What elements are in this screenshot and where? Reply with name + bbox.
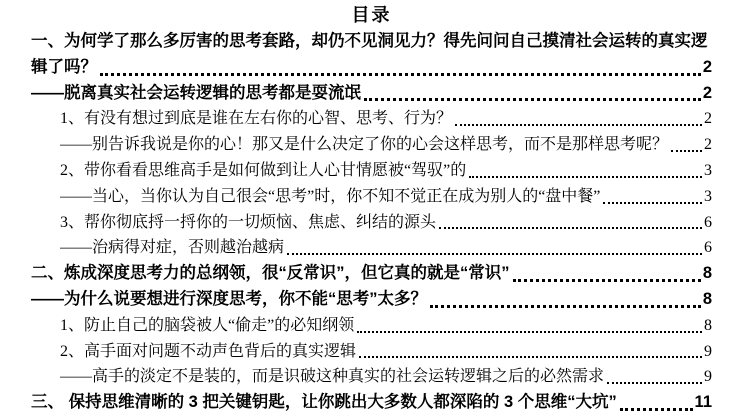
toc-entry-line[interactable]: 三、 保持思维清晰的 3 把关键钥匙，让你跳出大多数人都深陷的 3 个思维“大坑… bbox=[31, 390, 712, 416]
toc-entry-line[interactable]: 1、有没有想过到底是谁在左右你的心智、思考、行为？2 bbox=[31, 106, 712, 132]
dot-leader bbox=[100, 73, 701, 76]
dot-leader bbox=[513, 279, 701, 282]
page-number: 9 bbox=[704, 339, 712, 365]
page-number: 2 bbox=[704, 132, 712, 158]
page-number: 11 bbox=[695, 390, 712, 416]
toc-entry-text: ——别告诉我说是你的心！那又是什么决定了你的心会这样思考，而不是那样思考呢？ bbox=[60, 132, 668, 158]
toc-entry-line[interactable]: 3、帮你彻底捋一捋你的一切烦恼、焦虑、纠结的源头6 bbox=[31, 210, 712, 236]
toc-entry-line[interactable]: ——高手的淡定不是装的，而是识破这种真实的社会运转逻辑之后的必然需求9 bbox=[31, 364, 712, 390]
dot-leader bbox=[364, 98, 701, 101]
dot-leader bbox=[357, 331, 702, 333]
toc-list: 一、为何学了那么多厉害的思考套路，却仍不见洞见力？得先问问自己摸清社会运转的真实… bbox=[31, 29, 712, 416]
toc-entry-line[interactable]: ——为什么说要想进行深度思考，你不能“思考”太多？8 bbox=[31, 287, 712, 313]
toc-entry-text: ——为什么说要想进行深度思考，你不能“思考”太多？ bbox=[31, 287, 427, 313]
page-number: 8 bbox=[704, 313, 712, 339]
toc-entry-text: 一、为何学了那么多厉害的思考套路，却仍不见洞见力？得先问问自己摸清社会运转的真实… bbox=[31, 29, 708, 55]
toc-entry-line[interactable]: 2、带你看看思维高手是如何做到让人心甘情愿被“驾驭”的3 bbox=[31, 158, 712, 184]
toc-entry-text: ——治病得对症，否则越治越病 bbox=[60, 235, 284, 261]
toc-entry-text: 1、有没有想过到底是谁在左右你的心智、思考、行为？ bbox=[60, 106, 452, 132]
toc-entry-line[interactable]: ——当心，当你认为自己很会“思考”时，你不知不觉正在成为别人的“盘中餐”3 bbox=[31, 184, 712, 210]
dot-leader bbox=[671, 150, 702, 152]
toc-entry-line[interactable]: ——治病得对症，否则越治越病6 bbox=[31, 235, 712, 261]
page-number: 8 bbox=[703, 287, 712, 313]
toc-entry-line[interactable]: 2、高手面对问题不动声色背后的真实逻辑9 bbox=[31, 339, 712, 365]
toc-entry-text: 2、高手面对问题不动声色背后的真实逻辑 bbox=[60, 339, 356, 365]
toc-entry-line[interactable]: 二、炼成深度思考力的总纲领，很“反常识”，但它真的就是“常识”8 bbox=[31, 261, 712, 287]
document-page: 目录 一、为何学了那么多厉害的思考套路，却仍不见洞见力？得先问问自己摸清社会运转… bbox=[0, 0, 738, 420]
toc-entry-text: 二、炼成深度思考力的总纲领，很“反常识”，但它真的就是“常识” bbox=[31, 261, 510, 287]
toc-entry-text: 1、防止自己的脑袋被人“偷走”的必知纲领 bbox=[60, 313, 354, 339]
dot-leader bbox=[455, 124, 702, 126]
toc-entry-text: 三、 保持思维清晰的 3 把关键钥匙，让你跳出大多数人都深陷的 3 个思维“大坑… bbox=[31, 390, 617, 416]
dot-leader bbox=[287, 253, 702, 255]
toc-entry-text: ——当心，当你认为自己很会“思考”时，你不知不觉正在成为别人的“盘中餐” bbox=[60, 184, 600, 210]
page-number: 9 bbox=[704, 364, 712, 390]
page-number: 6 bbox=[704, 235, 712, 261]
page-number: 6 bbox=[704, 210, 712, 236]
toc-entry-line[interactable]: 一、为何学了那么多厉害的思考套路，却仍不见洞见力？得先问问自己摸清社会运转的真实… bbox=[31, 29, 712, 55]
dot-leader bbox=[359, 356, 702, 358]
toc-entry-text: ——脱离真实社会运转逻辑的思考都是耍流氓 bbox=[31, 81, 361, 107]
toc-entry-line[interactable]: ——脱离真实社会运转逻辑的思考都是耍流氓2 bbox=[31, 81, 712, 107]
dot-leader bbox=[469, 176, 702, 178]
dot-leader bbox=[620, 408, 693, 411]
dot-leader bbox=[607, 382, 702, 384]
toc-entry-line[interactable]: 辑了吗？2 bbox=[31, 55, 712, 81]
page-number: 8 bbox=[703, 261, 712, 287]
toc-entry-line[interactable]: 1、防止自己的脑袋被人“偷走”的必知纲领8 bbox=[31, 313, 712, 339]
page-number: 2 bbox=[703, 81, 712, 107]
toc-entry-line[interactable]: ——别告诉我说是你的心！那又是什么决定了你的心会这样思考，而不是那样思考呢？2 bbox=[31, 132, 712, 158]
toc-entry-text: 辑了吗？ bbox=[31, 55, 97, 81]
toc-entry-text: 3、帮你彻底捋一捋你的一切烦恼、焦虑、纠结的源头 bbox=[60, 210, 436, 236]
page-number: 2 bbox=[704, 106, 712, 132]
toc-entry-text: 2、带你看看思维高手是如何做到让人心甘情愿被“驾驭”的 bbox=[60, 158, 466, 184]
page-number: 2 bbox=[703, 55, 712, 81]
dot-leader bbox=[603, 202, 702, 204]
page-number: 3 bbox=[704, 184, 712, 210]
toc-entry-text: ——高手的淡定不是装的，而是识破这种真实的社会运转逻辑之后的必然需求 bbox=[60, 364, 604, 390]
dot-leader bbox=[430, 305, 701, 308]
page-number: 3 bbox=[704, 158, 712, 184]
dot-leader bbox=[439, 227, 702, 229]
page-title: 目录 bbox=[31, 4, 712, 27]
